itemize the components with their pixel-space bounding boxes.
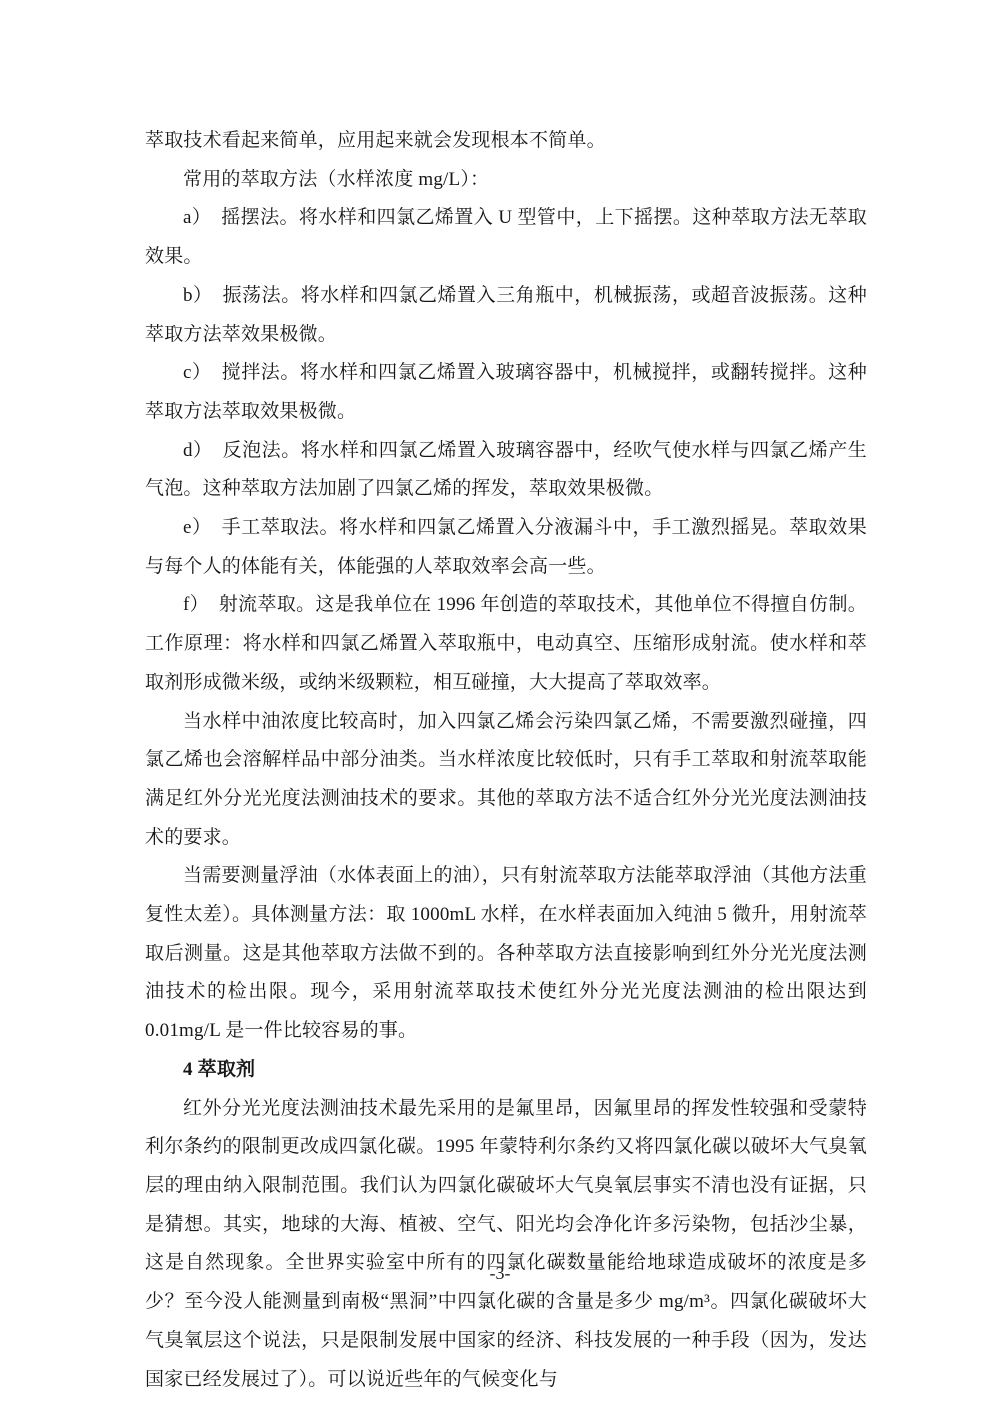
- paragraph-intro: 常用的萃取方法（水样浓度 mg/L）：: [145, 161, 867, 200]
- list-item-d: d） 反泡法。将水样和四氯乙烯置入玻璃容器中，经吹气使水样与四氯乙烯产生气泡。这…: [145, 432, 867, 509]
- document-page: 萃取技术看起来简单，应用起来就会发现根本不简单。 常用的萃取方法（水样浓度 mg…: [0, 0, 1000, 1414]
- paragraph-extractant: 红外分光光度法测油技术最先采用的是氟里昂，因氟里昂的挥发性较强和受蒙特利尔条约的…: [145, 1090, 867, 1400]
- page-number: -3-: [0, 1263, 1000, 1284]
- list-item-e: e） 手工萃取法。将水样和四氯乙烯置入分液漏斗中，手工激烈摇晃。萃取效果与每个人…: [145, 509, 867, 586]
- paragraph-floating-oil: 当需要测量浮油（水体表面上的油），只有射流萃取方法能萃取浮油（其他方法重复性太差…: [145, 857, 867, 1051]
- list-item-b: b） 振荡法。将水样和四氯乙烯置入三角瓶中，机械振荡，或超音波振荡。这种萃取方法…: [145, 277, 867, 354]
- document-body: 萃取技术看起来简单，应用起来就会发现根本不简单。 常用的萃取方法（水样浓度 mg…: [145, 122, 867, 1399]
- section-heading: 4 萃取剂: [145, 1051, 867, 1090]
- list-item-c: c） 搅拌法。将水样和四氯乙烯置入玻璃容器中，机械搅拌，或翻转搅拌。这种萃取方法…: [145, 354, 867, 431]
- list-item-f: f） 射流萃取。这是我单位在 1996 年创造的萃取技术，其他单位不得擅自仿制。…: [145, 586, 867, 702]
- list-item-a: a） 摇摆法。将水样和四氯乙烯置入 U 型管中，上下摇摆。这种萃取方法无萃取效果…: [145, 199, 867, 276]
- paragraph-continuation: 萃取技术看起来简单，应用起来就会发现根本不简单。: [145, 122, 867, 161]
- paragraph-high-concentration: 当水样中油浓度比较高时，加入四氯乙烯会污染四氯乙烯，不需要激烈碰撞，四氯乙烯也会…: [145, 703, 867, 858]
